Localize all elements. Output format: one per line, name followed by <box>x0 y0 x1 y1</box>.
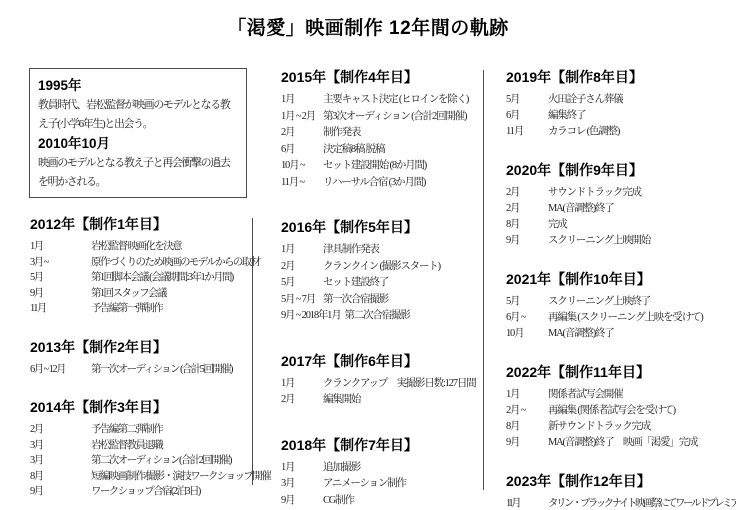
timeline-item: 3月アニメーション制作 <box>281 476 482 493</box>
timeline-item: 1月岩松監督 映画化を決意 <box>30 239 252 255</box>
event-text: 第二次合宿撮影 <box>345 308 410 325</box>
month-label: 3月 ~ <box>30 255 87 271</box>
month-label: 1月 <box>281 460 319 477</box>
event-text: MA(音調整)終了 <box>548 201 614 217</box>
event-text: 編集終了 <box>548 108 585 124</box>
timeline-item: 5月 ~ 7月第一次合宿撮影 <box>281 292 482 309</box>
event-text: クランクアップ 実撮影日数:127日間 <box>323 376 475 393</box>
timeline-item: 6月 ~再編集 (スクリーニング上映を受けて) <box>506 310 735 326</box>
month-label: 2月 <box>281 125 319 142</box>
timeline-column-right: 2019年【制作8年目】5月火田詮子さん葬儀6月編集終了11月カラコレ (色調整… <box>506 68 735 510</box>
year-heading: 2023年【制作12年目】 <box>506 472 735 490</box>
year-section: 2016年【制作5年目】1月津具制作発表2月クランクイン (撮影スタート)5月セ… <box>281 218 482 325</box>
year-section: 2015年【制作4年目】1月主要キャスト決定 (ヒロインを除く)1月 ~ 2月第… <box>281 68 482 191</box>
month-label: 9月 <box>30 286 87 302</box>
event-text: 決定稿8稿 脱稿 <box>323 142 384 159</box>
prologue-box: 1995年教員時代、岩松監督が映画のモデルとなる教え子(小学6年生)と出会う。2… <box>29 68 247 198</box>
timeline-item: 1月クランクアップ 実撮影日数:127日間 <box>281 376 482 393</box>
prologue-text: 教員時代、岩松監督が映画のモデルとなる教え子(小学6年生)と出会う。 <box>38 96 238 134</box>
year-heading: 2012年【制作1年目】 <box>30 215 252 233</box>
month-label: 1月 ~ 2月 <box>281 109 319 126</box>
event-text: 第3次オーディション (合計2回開催) <box>323 109 466 126</box>
timeline-item: 1月主要キャスト決定 (ヒロインを除く) <box>281 92 482 109</box>
timeline-item: 3月第二次オーディション(合計2回開催) <box>30 453 252 469</box>
month-label: 1月 <box>30 239 87 255</box>
event-text: サウンドトラック完成 <box>548 185 641 201</box>
event-text: カラコレ (色調整) <box>548 124 619 140</box>
timeline-item: 5月スクリーニング上映終了 <box>506 294 735 310</box>
timeline-item: 6月決定稿8稿 脱稿 <box>281 142 482 159</box>
timeline-item: 3月岩松監督教員退職 <box>30 438 252 454</box>
month-label: 11月 <box>30 301 87 317</box>
month-label: 2月 <box>281 259 319 276</box>
event-text: 追加撮影 <box>323 460 360 477</box>
month-label: 5月 ~ 7月 <box>281 292 319 309</box>
timeline-item: 2月予告編第二弾制作 <box>30 422 252 438</box>
event-text: 津具制作発表 <box>323 242 379 259</box>
timeline-item: 9月MA(音調整)終了 映画「渇愛」完成 <box>506 435 735 451</box>
timeline-item: 8月完成 <box>506 217 735 233</box>
event-text: スクリーニング上映終了 <box>548 294 650 310</box>
month-label: 11月 <box>506 496 544 510</box>
year-heading: 2018年【制作7年目】 <box>281 436 482 454</box>
timeline-item: 5月セット建設終了 <box>281 275 482 292</box>
event-text: 岩松監督教員退職 <box>91 438 162 454</box>
year-section: 2017年【制作6年目】1月クランクアップ 実撮影日数:127日間2月編集開始 <box>281 352 482 409</box>
month-label: 11月 <box>506 124 544 140</box>
timeline-item: 2月制作発表 <box>281 125 482 142</box>
month-label: 10月 <box>506 326 544 342</box>
event-text: 短編映画制作/撮影・演技ワークショップ開催 <box>91 469 270 485</box>
timeline-item: 9月CG制作 <box>281 493 482 510</box>
timeline-item: 8月新サウンドトラック完成 <box>506 419 735 435</box>
event-text: 再編集 (関係者試写会を受けて) <box>548 403 675 419</box>
year-section: 2022年【制作11年目】1月関係者試写会開催2月 ~再編集 (関係者試写会を受… <box>506 363 735 451</box>
month-label: 8月 <box>506 419 544 435</box>
year-heading: 2015年【制作4年目】 <box>281 68 482 86</box>
month-label: 5月 <box>506 294 544 310</box>
timeline-item: 5月火田詮子さん葬儀 <box>506 92 735 108</box>
month-label: 6月 <box>281 142 319 159</box>
prologue-text: 映画のモデルとなる教え子と再会衝撃の過去を明かされる。 <box>38 154 238 192</box>
event-text: 編集開始 <box>323 392 360 409</box>
timeline-item: 6月編集終了 <box>506 108 735 124</box>
month-label: 5月 <box>281 275 319 292</box>
month-label: 9月 <box>30 484 87 500</box>
timeline-item: 1月追加撮影 <box>281 460 482 477</box>
month-label: 1月 <box>281 242 319 259</box>
month-label: 3月 <box>281 476 319 493</box>
month-label: 1月 <box>506 387 544 403</box>
event-text: セット建設開始 (8か月間) <box>323 158 426 175</box>
timeline-item: 2月サウンドトラック完成 <box>506 185 735 201</box>
event-text: スクリーニング上映開始 <box>548 233 650 249</box>
month-label: 6月 ~ 12月 <box>30 362 87 378</box>
timeline-column-middle: 2015年【制作4年目】1月主要キャスト決定 (ヒロインを除く)1月 ~ 2月第… <box>281 68 482 509</box>
month-label: 8月 <box>30 469 87 485</box>
event-text: 第1回スタッフ会議 <box>91 286 166 302</box>
event-text: 第二次オーディション(合計2回開催) <box>91 453 231 469</box>
event-text: MA(音調整)終了 <box>548 326 614 342</box>
event-text: 第一次オーディション (合計5回開催) <box>91 362 232 378</box>
event-text: MA(音調整)終了 映画「渇愛」完成 <box>548 435 697 451</box>
timeline-column-left: 2012年【制作1年目】1月岩松監督 映画化を決意3月 ~原作づくりのため映画の… <box>30 215 252 500</box>
month-label: 8月 <box>506 217 544 233</box>
month-label: 11月 ~ <box>281 175 319 192</box>
month-label: 6月 ~ <box>506 310 544 326</box>
event-text: 火田詮子さん葬儀 <box>548 92 622 108</box>
event-text: 関係者試写会開催 <box>548 387 622 403</box>
timeline-item: 2月編集開始 <box>281 392 482 409</box>
year-section: 2023年【制作12年目】11月タリン・ブラックナイト映画祭にてワールドプレミア… <box>506 472 735 510</box>
month-label: 9月 <box>281 493 319 510</box>
timeline-item: 5月第1回脚本会議 (会議期間:3年1か月間) <box>30 270 252 286</box>
timeline-item: 11月カラコレ (色調整) <box>506 124 735 140</box>
event-text: タリン・ブラックナイト映画祭にてワールドプレミア上映 <box>548 496 736 510</box>
month-label: 2月 <box>506 185 544 201</box>
month-label: 10月 ~ <box>281 158 319 175</box>
month-label: 2月 <box>30 422 87 438</box>
column-divider-right <box>483 70 484 490</box>
event-text: 原作づくりのため映画のモデルからの取材 <box>91 255 260 271</box>
year-section: 2012年【制作1年目】1月岩松監督 映画化を決意3月 ~原作づくりのため映画の… <box>30 215 252 317</box>
month-label: 2月 <box>506 201 544 217</box>
month-label: 1月 <box>281 92 319 109</box>
year-section: 2013年【制作2年目】6月 ~ 12月第一次オーディション (合計5回開催) <box>30 338 252 378</box>
event-text: 予告編第一弾制作 <box>91 301 162 317</box>
timeline-item: 2月クランクイン (撮影スタート) <box>281 259 482 276</box>
year-heading: 2013年【制作2年目】 <box>30 338 252 356</box>
timeline-item: 10月MA(音調整)終了 <box>506 326 735 342</box>
event-text: アニメーション制作 <box>323 476 406 493</box>
timeline-item: 2月 ~再編集 (関係者試写会を受けて) <box>506 403 735 419</box>
event-text: 制作発表 <box>323 125 360 142</box>
month-label: 6月 <box>506 108 544 124</box>
event-text: 新サウンドトラック完成 <box>548 419 650 435</box>
month-label: 9月 <box>506 435 544 451</box>
timeline-item: 3月 ~原作づくりのため映画のモデルからの取材 <box>30 255 252 271</box>
month-label: 3月 <box>30 438 87 454</box>
event-text: 岩松監督 映画化を決意 <box>91 239 181 255</box>
event-text: CG制作 <box>323 493 354 510</box>
year-section: 2018年【制作7年目】1月追加撮影3月アニメーション制作9月CG制作 <box>281 436 482 510</box>
year-heading: 2019年【制作8年目】 <box>506 68 735 86</box>
event-text: 予告編第二弾制作 <box>91 422 162 438</box>
year-heading: 2017年【制作6年目】 <box>281 352 482 370</box>
event-text: クランクイン (撮影スタート) <box>323 259 440 276</box>
year-section: 2020年【制作9年目】2月サウンドトラック完成2月MA(音調整)終了8月完成9… <box>506 161 735 249</box>
event-text: 完成 <box>548 217 567 233</box>
year-section: 2021年【制作10年目】5月スクリーニング上映終了6月 ~再編集 (スクリーニ… <box>506 270 735 342</box>
year-heading: 2014年【制作3年目】 <box>30 398 252 416</box>
event-text: リハーサル合宿 (3か月間) <box>323 175 425 192</box>
year-heading: 2020年【制作9年目】 <box>506 161 735 179</box>
month-label: 2月 ~ <box>506 403 544 419</box>
timeline-item: 1月関係者試写会開催 <box>506 387 735 403</box>
year-section: 2014年【制作3年目】2月予告編第二弾制作3月岩松監督教員退職3月第二次オーデ… <box>30 398 252 500</box>
prologue-date: 2010年10月 <box>38 135 238 152</box>
timeline-item: 1月 ~ 2月第3次オーディション (合計2回開催) <box>281 109 482 126</box>
timeline-item: 9月第1回スタッフ会議 <box>30 286 252 302</box>
year-heading: 2022年【制作11年目】 <box>506 363 735 381</box>
timeline-item: 1月津具制作発表 <box>281 242 482 259</box>
month-label: 5月 <box>30 270 87 286</box>
timeline-canvas: 1995年教員時代、岩松監督が映画のモデルとなる教え子(小学6年生)と出会う。2… <box>0 0 736 510</box>
year-section: 2019年【制作8年目】5月火田詮子さん葬儀6月編集終了11月カラコレ (色調整… <box>506 68 735 140</box>
event-text: セット建設終了 <box>323 275 388 292</box>
timeline-item: 10月 ~セット建設開始 (8か月間) <box>281 158 482 175</box>
month-label: 3月 <box>30 453 87 469</box>
timeline-item: 11月予告編第一弾制作 <box>30 301 252 317</box>
month-label: 2月 <box>281 392 319 409</box>
timeline-item: 9月 ~ 2018年1月第二次合宿撮影 <box>281 308 482 325</box>
event-text: 再編集 (スクリーニング上映を受けて) <box>548 310 703 326</box>
year-heading: 2021年【制作10年目】 <box>506 270 735 288</box>
event-text: ワークショップ合宿(2泊3日) <box>91 484 200 500</box>
timeline-item: 8月短編映画制作/撮影・演技ワークショップ開催 <box>30 469 252 485</box>
timeline-item: 9月ワークショップ合宿(2泊3日) <box>30 484 252 500</box>
event-text: 主要キャスト決定 (ヒロインを除く) <box>323 92 468 109</box>
month-label: 5月 <box>506 92 544 108</box>
timeline-item: 11月 ~リハーサル合宿 (3か月間) <box>281 175 482 192</box>
timeline-item: 11月タリン・ブラックナイト映画祭にてワールドプレミア上映 <box>506 496 735 510</box>
timeline-item: 6月 ~ 12月第一次オーディション (合計5回開催) <box>30 362 252 378</box>
year-heading: 2016年【制作5年目】 <box>281 218 482 236</box>
event-text: 第一次合宿撮影 <box>323 292 388 309</box>
timeline-item: 9月スクリーニング上映開始 <box>506 233 735 249</box>
month-label: 9月 <box>506 233 544 249</box>
event-text: 第1回脚本会議 (会議期間:3年1か月間) <box>91 270 233 286</box>
prologue-date: 1995年 <box>38 77 238 94</box>
timeline-item: 2月MA(音調整)終了 <box>506 201 735 217</box>
month-label: 1月 <box>281 376 319 393</box>
month-label: 9月 ~ 2018年1月 <box>281 308 341 325</box>
